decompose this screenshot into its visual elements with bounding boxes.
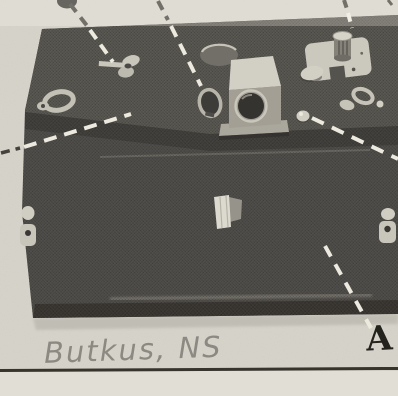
- viewfinder-lens: [238, 93, 264, 119]
- scanned-manual-page: Butkus, NS A: [0, 0, 398, 396]
- side-latch-right: [379, 208, 396, 243]
- paper-margin-bottom: [0, 371, 398, 396]
- viewfinder-top: [229, 56, 281, 90]
- winding-knob: [333, 32, 352, 62]
- side-latch-left: [20, 206, 36, 246]
- release-stud: [297, 111, 310, 123]
- camera-photo: [0, 0, 398, 396]
- callout-label-a: A: [365, 321, 393, 356]
- paper-margin-top: [0, 0, 398, 26]
